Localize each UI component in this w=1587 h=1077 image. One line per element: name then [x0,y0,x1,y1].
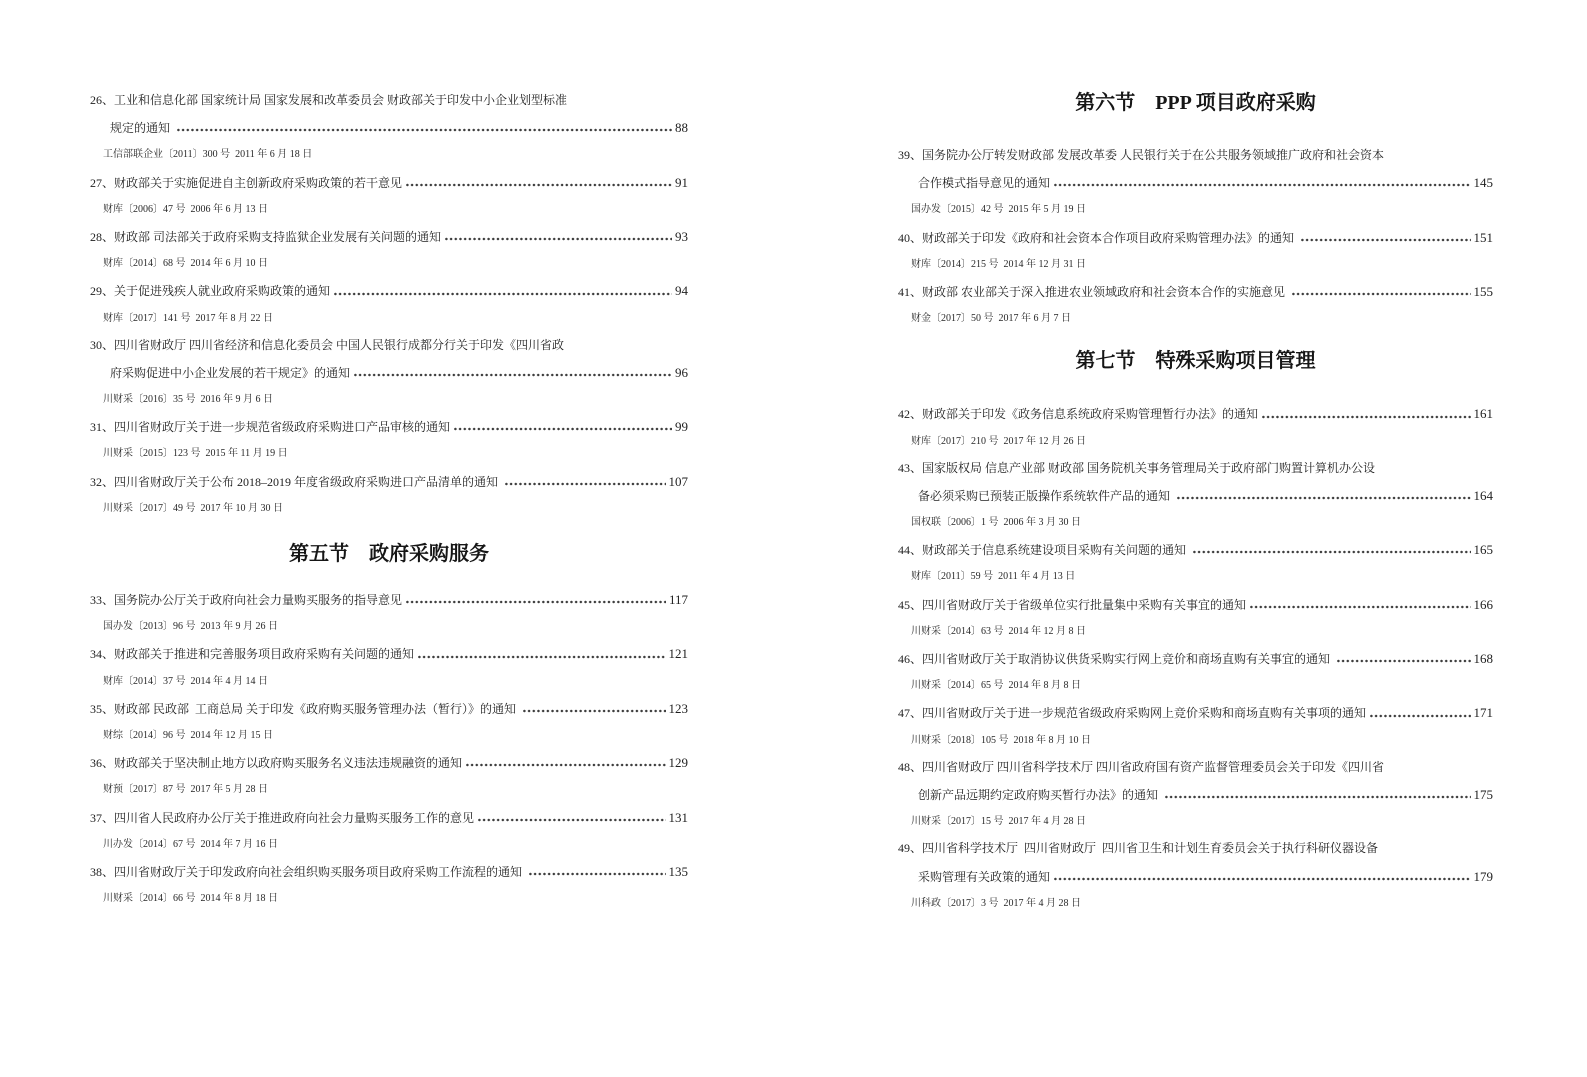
entry-number: 39、 [898,142,922,169]
page-number: 161 [1474,400,1494,427]
section-heading: 第五节政府采购服务 [90,531,688,577]
entry-note: 国办发〔2015〕42 号 2015 年 5 月 19 日 [898,196,1493,223]
entry-title: 财政部 司法部关于政府采购支持监狱企业发展有关问题的通知 [114,224,441,251]
page-number: 145 [1474,169,1494,196]
page-number: 175 [1474,781,1494,808]
entry-title-line-last: 47、四川省财政厅关于进一步规范省级政府采购网上竞价采购和商场直购有关事项的通知… [898,699,1493,726]
page-number: 164 [1474,482,1494,509]
entry-number: 40、 [898,225,922,252]
entry-note: 川办发〔2014〕67 号 2014 年 7 月 16 日 [90,831,688,858]
entry-note: 川财采〔2014〕66 号 2014 年 8 月 18 日 [90,885,688,912]
entry-title-line: 48、四川省财政厅 四川省科学技术厅 四川省政府国有资产监督管理委员会关于印发《… [898,754,1493,781]
entry-number: 32、 [90,469,114,496]
section-number: 第五节 [289,543,349,565]
dot-leader [1054,877,1470,881]
entry-title: 财政部 农业部关于深入推进农业领域政府和社会资本合作的实施意见 [922,279,1288,306]
entry-title-line-last: 29、关于促进残疾人就业政府采购政策的通知94 [90,277,688,304]
entry-title-line-last: 37、四川省人民政府办公厅关于推进政府向社会力量购买服务工作的意见131 [90,804,688,831]
entry-number: 30、 [90,332,114,359]
entry-title: 规定的通知 [110,115,173,142]
section-title: PPP 项目政府采购 [1155,92,1316,114]
page-number: 151 [1474,224,1494,251]
page-number: 91 [675,169,688,196]
entry-title: 四川省财政厅 四川省科学技术厅 四川省政府国有资产监督管理委员会关于印发《四川省 [922,760,1384,774]
entry-title-line-last: 36、财政部关于坚决制止地方以政府购买服务名义违法违规融资的通知129 [90,749,688,776]
toc-entry: 36、财政部关于坚决制止地方以政府购买服务名义违法违规融资的通知129财预〔20… [90,749,688,803]
dot-leader [1370,714,1470,718]
entry-title: 四川省财政厅关于取消协议供货采购实行网上竞价和商场直购有关事宜的通知 [922,646,1333,673]
entry-title-line-last: 27、财政部关于实施促进自主创新政府采购政策的若干意见91 [90,169,688,196]
toc-entry: 42、财政部关于印发《政务信息系统政府采购管理暂行办法》的通知161财库〔201… [898,400,1493,454]
entry-number: 48、 [898,754,922,781]
toc-entry: 38、四川省财政厅关于印发政府向社会组织购买服务项目政府采购工作流程的通知 13… [90,858,688,912]
toc-entry: 35、财政部 民政部 工商总局 关于印发《政府购买服务管理办法（暂行）》的通知 … [90,695,688,749]
dot-leader [1165,795,1470,799]
toc-entry: 30、四川省财政厅 四川省经济和信息化委员会 中国人民银行成都分行关于印发《四川… [90,332,688,414]
dot-leader [445,237,672,241]
entry-number: 49、 [898,835,922,862]
entry-title-line-last: 备必须采购已预装正版操作系统软件产品的通知 164 [898,482,1493,509]
toc-entry: 27、财政部关于实施促进自主创新政府采购政策的若干意见91财库〔2006〕47 … [90,169,688,223]
entry-title-line-last: 44、财政部关于信息系统建设项目采购有关问题的通知 165 [898,536,1493,563]
entry-note: 财库〔2011〕59 号 2011 年 4 月 13 日 [898,563,1493,590]
toc-page-left: 26、工业和信息化部 国家统计局 国家发展和改革委员会 财政部关于印发中小企业划… [90,0,688,912]
entry-number: 46、 [898,646,922,673]
dot-leader [406,183,672,187]
entry-title-line: 26、工业和信息化部 国家统计局 国家发展和改革委员会 财政部关于印发中小企业划… [90,87,688,114]
dot-leader [1193,550,1470,554]
dot-leader [1301,238,1470,242]
page-number: 107 [669,468,689,495]
entry-number: 33、 [90,587,114,614]
page-number: 94 [675,277,688,304]
entry-note: 财库〔2006〕47 号 2006 年 6 月 13 日 [90,196,688,223]
section-heading: 第七节特殊采购项目管理 [898,338,1493,384]
entry-number: 36、 [90,750,114,777]
dot-leader [334,292,672,296]
page-number: 168 [1474,645,1494,672]
toc-entry: 47、四川省财政厅关于进一步规范省级政府采购网上竞价采购和商场直购有关事项的通知… [898,699,1493,753]
toc-entry: 46、四川省财政厅关于取消协议供货采购实行网上竞价和商场直购有关事宜的通知 16… [898,645,1493,699]
entry-note: 川科政〔2017〕3 号 2017 年 4 月 28 日 [898,890,1493,917]
entry-number: 35、 [90,696,114,723]
entry-title: 备必须采购已预装正版操作系统软件产品的通知 [918,483,1173,510]
entry-title-line-last: 31、四川省财政厅关于进一步规范省级政府采购进口产品审核的通知99 [90,413,688,440]
page-number: 99 [675,413,688,440]
entry-title-line: 43、国家版权局 信息产业部 财政部 国务院机关事务管理局关于政府部门购置计算机… [898,455,1493,482]
entry-title-line-last: 采购管理有关政策的通知179 [898,863,1493,890]
entry-number: 37、 [90,805,114,832]
dot-leader [505,482,665,486]
page-number: 96 [675,359,688,386]
entry-title-line-last: 府采购促进中小企业发展的若干规定》的通知96 [90,359,688,386]
section-title: 政府采购服务 [369,543,489,565]
entry-number: 42、 [898,401,922,428]
entry-note: 川财采〔2017〕49 号 2017 年 10 月 30 日 [90,495,688,522]
toc-entry: 49、四川省科学技术厅 四川省财政厅 四川省卫生和计划生育委员会关于执行科研仪器… [898,835,1493,917]
entry-title-line-last: 创新产品远期约定政府购买暂行办法》的通知 175 [898,781,1493,808]
entry-note: 工信部联企业〔2011〕300 号 2011 年 6 月 18 日 [90,141,688,168]
entry-note: 财库〔2014〕215 号 2014 年 12 月 31 日 [898,251,1493,278]
entry-title-line-last: 35、财政部 民政部 工商总局 关于印发《政府购买服务管理办法（暂行）》的通知 … [90,695,688,722]
section-title: 特殊采购项目管理 [1156,350,1316,372]
section-heading: 第六节PPP 项目政府采购 [898,80,1493,126]
entry-title: 四川省财政厅关于公布 2018–2019 年度省级政府采购进口产品清单的通知 [114,469,501,496]
dot-leader [1262,415,1470,419]
toc-entry: 26、工业和信息化部 国家统计局 国家发展和改革委员会 财政部关于印发中小企业划… [90,87,688,169]
toc-page-right: 第六节PPP 项目政府采购39、国务院办公厅转发财政部 发展改革委 人民银行关于… [898,0,1493,917]
entry-title: 四川省财政厅关于进一步规范省级政府采购进口产品审核的通知 [114,414,450,441]
entry-number: 27、 [90,170,114,197]
entry-note: 国权联〔2006〕1 号 2006 年 3 月 30 日 [898,509,1493,536]
entry-title-line: 39、国务院办公厅转发财政部 发展改革委 人民银行关于在公共服务领域推广政府和社… [898,142,1493,169]
toc-entry: 33、国务院办公厅关于政府向社会力量购买服务的指导意见117国办发〔2013〕9… [90,586,688,640]
page-number: 93 [675,223,688,250]
entry-title-line-last: 33、国务院办公厅关于政府向社会力量购买服务的指导意见117 [90,586,688,613]
dot-leader [418,655,665,659]
dot-leader [1337,659,1470,663]
page-number: 179 [1474,863,1494,890]
entry-note: 财金〔2017〕50 号 2017 年 6 月 7 日 [898,305,1493,332]
page-number: 165 [1474,536,1494,563]
entry-note: 财库〔2014〕37 号 2014 年 4 月 14 日 [90,668,688,695]
toc-entry: 34、财政部关于推进和完善服务项目政府采购有关问题的通知121财库〔2014〕3… [90,640,688,694]
entry-title: 创新产品远期约定政府购买暂行办法》的通知 [918,782,1161,809]
entry-note: 川财采〔2017〕15 号 2017 年 4 月 28 日 [898,808,1493,835]
entry-title: 财政部关于印发《政府和社会资本合作项目政府采购管理办法》的通知 [922,225,1297,252]
toc-entry: 40、财政部关于印发《政府和社会资本合作项目政府采购管理办法》的通知 151财库… [898,224,1493,278]
page-number: 129 [669,749,689,776]
toc-entry: 28、财政部 司法部关于政府采购支持监狱企业发展有关问题的通知93财库〔2014… [90,223,688,277]
toc-entry: 41、财政部 农业部关于深入推进农业领域政府和社会资本合作的实施意见 155财金… [898,278,1493,332]
toc-entry: 48、四川省财政厅 四川省科学技术厅 四川省政府国有资产监督管理委员会关于印发《… [898,754,1493,836]
entry-number: 43、 [898,455,922,482]
entry-title-line-last: 38、四川省财政厅关于印发政府向社会组织购买服务项目政府采购工作流程的通知 13… [90,858,688,885]
toc-entry: 31、四川省财政厅关于进一步规范省级政府采购进口产品审核的通知99川财采〔201… [90,413,688,467]
entry-title-line-last: 42、财政部关于印发《政务信息系统政府采购管理暂行办法》的通知161 [898,400,1493,427]
entry-title: 财政部关于推进和完善服务项目政府采购有关问题的通知 [114,641,414,668]
entry-note: 财库〔2017〕141 号 2017 年 8 月 22 日 [90,305,688,332]
entry-title: 国家版权局 信息产业部 财政部 国务院机关事务管理局关于政府部门购置计算机办公设 [922,461,1375,475]
entry-number: 45、 [898,592,922,619]
dot-leader [177,128,672,132]
dot-leader [454,427,672,431]
entry-number: 28、 [90,224,114,251]
toc-entry: 44、财政部关于信息系统建设项目采购有关问题的通知 165财库〔2011〕59 … [898,536,1493,590]
entry-note: 川财采〔2014〕63 号 2014 年 12 月 8 日 [898,618,1493,645]
dot-leader [523,709,665,713]
toc-entry: 32、四川省财政厅关于公布 2018–2019 年度省级政府采购进口产品清单的通… [90,468,688,522]
entry-title: 国务院办公厅转发财政部 发展改革委 人民银行关于在公共服务领域推广政府和社会资本 [922,148,1384,162]
entry-number: 31、 [90,414,114,441]
entry-note: 财库〔2014〕68 号 2014 年 6 月 10 日 [90,250,688,277]
dot-leader [1177,496,1470,500]
page-number: 117 [669,586,688,613]
entry-title: 四川省财政厅 四川省经济和信息化委员会 中国人民银行成都分行关于印发《四川省政 [114,338,564,352]
entry-note: 财综〔2014〕96 号 2014 年 12 月 15 日 [90,722,688,749]
entry-title: 四川省人民政府办公厅关于推进政府向社会力量购买服务工作的意见 [114,805,474,832]
entry-number: 38、 [90,859,114,886]
page-number: 171 [1474,699,1494,726]
section-number: 第六节 [1075,92,1135,114]
entry-title-line-last: 45、四川省财政厅关于省级单位实行批量集中采购有关事宜的通知166 [898,591,1493,618]
dot-leader [529,872,665,876]
entry-note: 川财采〔2015〕123 号 2015 年 11 月 19 日 [90,440,688,467]
entry-title: 采购管理有关政策的通知 [918,864,1050,891]
toc-entry: 39、国务院办公厅转发财政部 发展改革委 人民银行关于在公共服务领域推广政府和社… [898,142,1493,224]
entry-title-line-last: 合作模式指导意见的通知145 [898,169,1493,196]
entry-title: 四川省财政厅关于印发政府向社会组织购买服务项目政府采购工作流程的通知 [114,859,525,886]
page-number: 88 [675,114,688,141]
dot-leader [466,763,665,767]
entry-number: 47、 [898,700,922,727]
entry-title-line-last: 34、财政部关于推进和完善服务项目政府采购有关问题的通知121 [90,640,688,667]
dot-leader [1250,605,1470,609]
entry-note: 财预〔2017〕87 号 2017 年 5 月 28 日 [90,776,688,803]
entry-title: 四川省财政厅关于进一步规范省级政府采购网上竞价采购和商场直购有关事项的通知 [922,700,1366,727]
section-number: 第七节 [1076,350,1136,372]
entry-title-line-last: 28、财政部 司法部关于政府采购支持监狱企业发展有关问题的通知93 [90,223,688,250]
entry-note: 国办发〔2013〕96 号 2013 年 9 月 26 日 [90,613,688,640]
entry-title: 四川省科学技术厅 四川省财政厅 四川省卫生和计划生育委员会关于执行科研仪器设备 [922,841,1378,855]
entry-title-line-last: 40、财政部关于印发《政府和社会资本合作项目政府采购管理办法》的通知 151 [898,224,1493,251]
page-number: 135 [669,858,689,885]
toc-entry: 37、四川省人民政府办公厅关于推进政府向社会力量购买服务工作的意见131川办发〔… [90,804,688,858]
dot-leader [354,373,672,377]
entry-title: 工业和信息化部 国家统计局 国家发展和改革委员会 财政部关于印发中小企业划型标准 [114,93,567,107]
page-number: 166 [1474,591,1494,618]
entry-note: 川财采〔2018〕105 号 2018 年 8 月 10 日 [898,727,1493,754]
entry-title: 财政部关于坚决制止地方以政府购买服务名义违法违规融资的通知 [114,750,462,777]
entry-note: 川财采〔2014〕65 号 2014 年 8 月 8 日 [898,672,1493,699]
entry-title: 财政部 民政部 工商总局 关于印发《政府购买服务管理办法（暂行）》的通知 [114,696,519,723]
entry-number: 26、 [90,87,114,114]
toc-entry: 29、关于促进残疾人就业政府采购政策的通知94财库〔2017〕141 号 201… [90,277,688,331]
entry-title-line: 30、四川省财政厅 四川省经济和信息化委员会 中国人民银行成都分行关于印发《四川… [90,332,688,359]
entry-number: 41、 [898,279,922,306]
entry-title: 合作模式指导意见的通知 [918,170,1050,197]
entry-title-line-last: 46、四川省财政厅关于取消协议供货采购实行网上竞价和商场直购有关事宜的通知 16… [898,645,1493,672]
page-number: 155 [1474,278,1494,305]
entry-title: 府采购促进中小企业发展的若干规定》的通知 [110,360,350,387]
page-number: 123 [669,695,689,722]
dot-leader [1292,292,1470,296]
dot-leader [1054,183,1470,187]
entry-title: 关于促进残疾人就业政府采购政策的通知 [114,278,330,305]
dot-leader [478,818,665,822]
entry-title: 国务院办公厅关于政府向社会力量购买服务的指导意见 [114,587,402,614]
entry-number: 34、 [90,641,114,668]
entry-title-line: 49、四川省科学技术厅 四川省财政厅 四川省卫生和计划生育委员会关于执行科研仪器… [898,835,1493,862]
entry-title: 财政部关于印发《政务信息系统政府采购管理暂行办法》的通知 [922,401,1258,428]
entry-number: 29、 [90,278,114,305]
entry-number: 44、 [898,537,922,564]
entry-note: 财库〔2017〕210 号 2017 年 12 月 26 日 [898,428,1493,455]
page-number: 121 [669,640,689,667]
entry-title: 财政部关于信息系统建设项目采购有关问题的通知 [922,537,1189,564]
page-number: 131 [669,804,689,831]
toc-entry: 45、四川省财政厅关于省级单位实行批量集中采购有关事宜的通知166川财采〔201… [898,591,1493,645]
entry-title-line-last: 规定的通知 88 [90,114,688,141]
entry-title: 财政部关于实施促进自主创新政府采购政策的若干意见 [114,170,402,197]
entry-note: 川财采〔2016〕35 号 2016 年 9 月 6 日 [90,386,688,413]
dot-leader [406,600,666,604]
toc-entry: 43、国家版权局 信息产业部 财政部 国务院机关事务管理局关于政府部门购置计算机… [898,455,1493,537]
entry-title-line-last: 32、四川省财政厅关于公布 2018–2019 年度省级政府采购进口产品清单的通… [90,468,688,495]
entry-title-line-last: 41、财政部 农业部关于深入推进农业领域政府和社会资本合作的实施意见 155 [898,278,1493,305]
entry-title: 四川省财政厅关于省级单位实行批量集中采购有关事宜的通知 [922,592,1246,619]
